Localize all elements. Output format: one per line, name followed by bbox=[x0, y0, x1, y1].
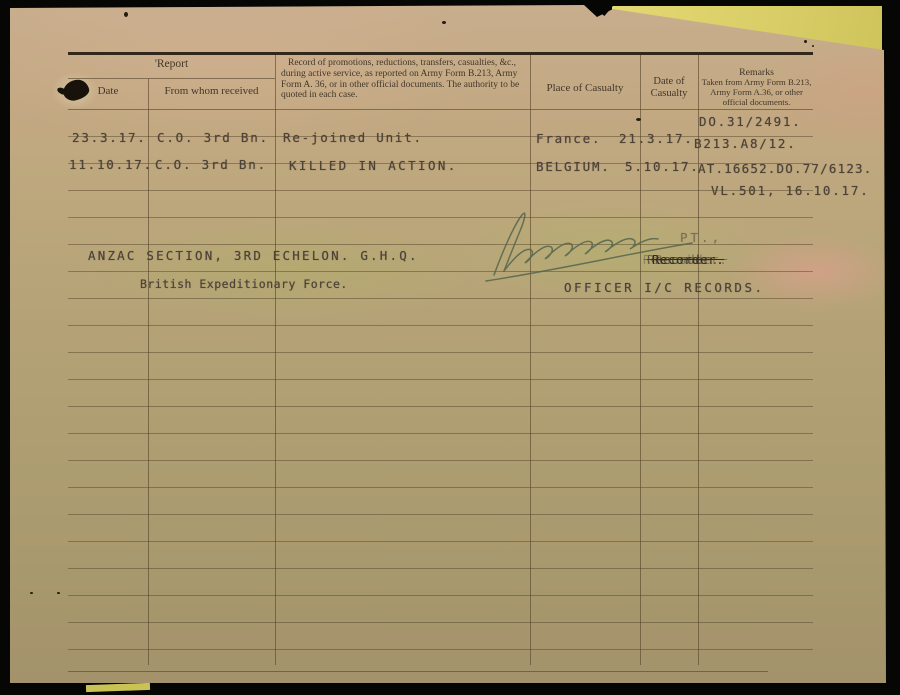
header-record-note: Record of promotions, reductions, transf… bbox=[281, 58, 524, 101]
paper-sheet: 'Report Date From whom received Record o… bbox=[0, 0, 900, 695]
header-place-label: Place of Casualty bbox=[532, 82, 638, 94]
column-divider-place bbox=[640, 55, 641, 665]
header-remarks-note: Taken from Army Form B.213, Army Form A.… bbox=[700, 78, 813, 107]
entry-remarks-line: B213.A8/12. bbox=[694, 137, 797, 151]
entry-date: 23.3.17. bbox=[72, 131, 147, 145]
entry-date: 11.10.17. bbox=[69, 158, 153, 172]
header-date-label: Date bbox=[68, 85, 148, 97]
entry-record: Re-joined Unit. bbox=[283, 131, 423, 145]
entry-remarks-line: VL.501, 16.10.17. bbox=[711, 184, 870, 198]
paper-speck bbox=[812, 45, 814, 47]
paper-speck bbox=[124, 12, 128, 17]
entry-place: BELGIUM. bbox=[536, 160, 611, 174]
bottom-rule bbox=[68, 671, 768, 672]
casualty-form-scan: 'Report Date From whom received Record o… bbox=[0, 0, 900, 695]
paper-speck bbox=[30, 592, 33, 594]
paper-speck bbox=[636, 118, 641, 121]
paper-speck bbox=[804, 40, 807, 43]
row-ruling bbox=[68, 110, 813, 673]
header-from-whom-label: From whom received bbox=[148, 85, 275, 97]
entry-remarks-line: AT.16652.DO.77/6123. bbox=[698, 162, 873, 176]
column-divider-record bbox=[530, 55, 531, 665]
entry-record: KILLED IN ACTION. bbox=[289, 159, 458, 173]
entry-remarks-line: DO.31/2491. bbox=[699, 115, 802, 129]
unit-line-1: ANZAC SECTION, 3RD ECHELON. G.H.Q. bbox=[88, 249, 419, 263]
entry-casualty-date: 5.10.17. bbox=[625, 160, 700, 174]
entry-place: France. bbox=[536, 132, 601, 146]
column-divider-from-whom bbox=[275, 55, 276, 665]
unit-line-2: British Expeditionary Force. bbox=[140, 277, 348, 291]
entry-source: C.O. 3rd Bn. bbox=[155, 158, 267, 172]
entry-source: C.O. 3rd Bn. bbox=[157, 131, 269, 145]
signature-ink bbox=[472, 203, 712, 291]
header-casualty-date-label: Date of Casualty bbox=[641, 76, 697, 100]
header-report-label: 'Report bbox=[68, 58, 275, 70]
entry-casualty-date: 21.3.17. bbox=[619, 132, 694, 146]
table-top-rule bbox=[68, 52, 813, 55]
report-underline bbox=[68, 78, 275, 79]
bottom-edge-sliver bbox=[86, 683, 150, 692]
paper-speck bbox=[57, 592, 60, 594]
paper-speck bbox=[442, 21, 446, 24]
